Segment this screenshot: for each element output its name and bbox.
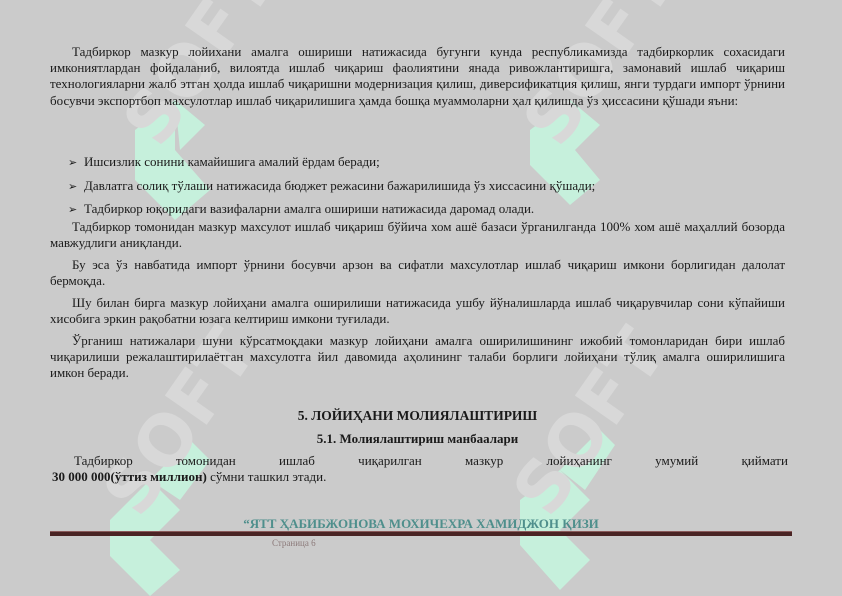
list-item: ➢ Ишсизлик сонини камайишига амалий ёрда… [68, 151, 595, 175]
page-number: Страница 6 [272, 538, 316, 548]
footer-divider [50, 531, 792, 536]
benefits-list: ➢ Ишсизлик сонини камайишига амалий ёрда… [68, 151, 595, 222]
paragraph-raw-materials: Тадбиркор томонидан мазкур махсулот ишла… [50, 219, 785, 251]
subsection-heading: 5.1. Молиялаштириш манбаалари [50, 431, 785, 447]
paragraph-import-substitution: Бу эса ўз навбатида импорт ўрнини босувч… [50, 257, 785, 289]
word: мазкур [465, 453, 503, 469]
arrowhead-bullet-icon: ➢ [68, 152, 84, 175]
funding-line-1: Тадбиркор томонидан ишлаб чиқарилган маз… [52, 453, 788, 469]
funding-line-2: 30 000 000(ўттиз миллион) сўмни ташкил э… [52, 469, 788, 485]
list-item: ➢ Давлатга солиқ тўлаши натижасида бюдже… [68, 175, 595, 199]
list-item-text: Ишсизлик сонини камайишига амалий ёрдам … [84, 151, 380, 174]
arrowhead-bullet-icon: ➢ [68, 176, 84, 199]
word: томонидан [176, 453, 236, 469]
list-item-text: Тадбиркор юқоридаги вазифаларни амалга о… [84, 198, 534, 221]
word: лойиҳанинг [547, 453, 612, 469]
paragraph-intro: Тадбиркор мазкур лойихани амалга ошириши… [50, 44, 785, 109]
paragraph-funding: Тадбиркор томонидан ишлаб чиқарилган маз… [52, 453, 788, 485]
section-heading: 5. ЛОЙИҲАНИ МОЛИЯЛАШТИРИШ [50, 408, 785, 424]
list-item: ➢ Тадбиркор юқоридаги вазифаларни амалга… [68, 198, 595, 222]
word: умумий [655, 453, 698, 469]
list-item-text: Давлатга солиқ тўлаши натижасида бюджет … [84, 175, 595, 198]
paragraph-competition: Шу билан бирга мазкур лойиҳани амалга ош… [50, 295, 785, 327]
footer-author: “ЯТТ ҲАБИБЖОНОВА МОХИЧЕХРА ХАМИДЖОН ҚИЗИ [0, 516, 842, 532]
paragraph-research-results: Ўрганиш натижалари шуни кўрсатмоқдаки ма… [50, 333, 785, 382]
word: чиқарилган [358, 453, 422, 469]
word: ишлаб [279, 453, 315, 469]
word: қиймати [741, 453, 787, 469]
funding-tail: сўмни ташкил этади. [207, 469, 327, 484]
word: Тадбиркор [74, 453, 133, 469]
funding-amount: 30 000 000(ўттиз миллион) [52, 469, 207, 484]
